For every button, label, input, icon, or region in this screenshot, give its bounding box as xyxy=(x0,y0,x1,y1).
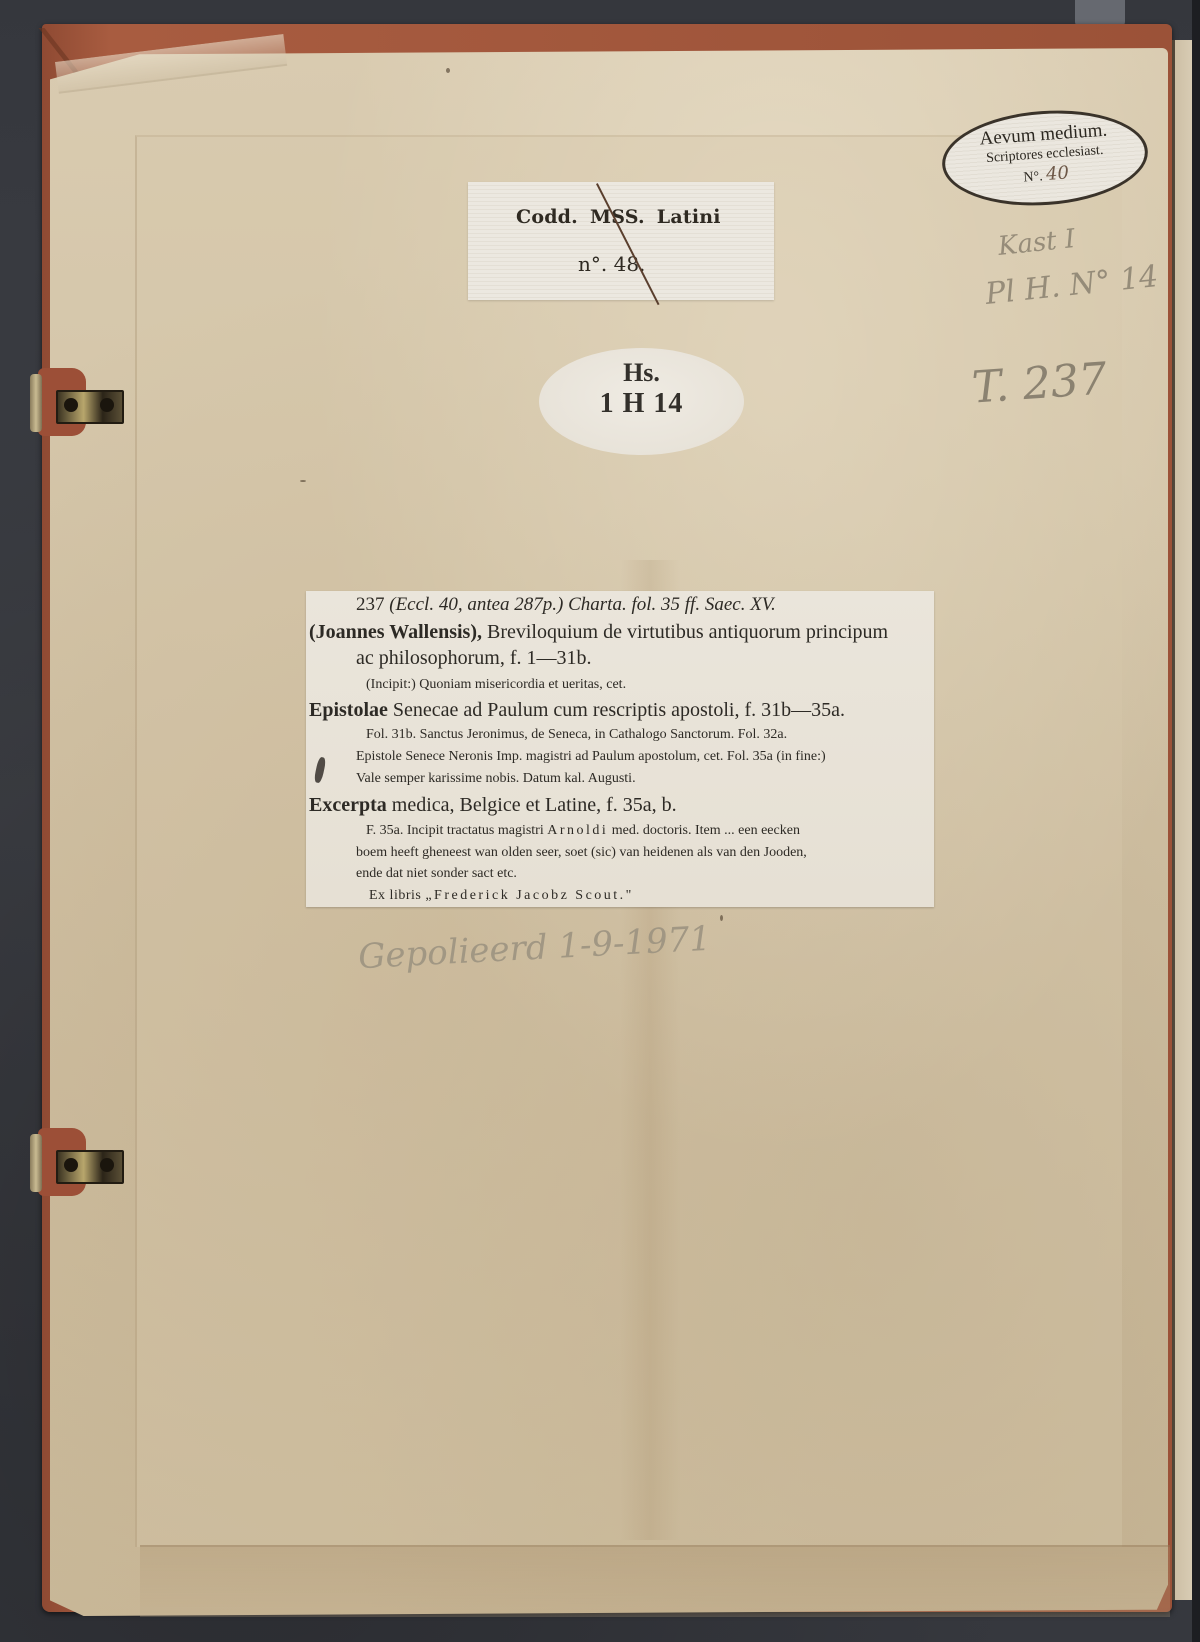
shelf-line: 237 (Eccl. 40, antea 287p.) Charta. fol.… xyxy=(356,594,776,616)
entry2-note3: Vale semper karissime nobis. Datum kal. … xyxy=(356,771,636,787)
lower-clasp xyxy=(30,1140,122,1184)
entry2-note1: Fol. 31b. Sanctus Jeronimus, de Seneca, … xyxy=(366,727,787,743)
entry3-note1-name: Arnoldi xyxy=(547,823,608,838)
clasp-plate-icon xyxy=(56,390,124,424)
clasp-plate-icon xyxy=(56,1150,124,1184)
ink-spot xyxy=(720,915,723,921)
codd-word: Codd. xyxy=(516,206,578,228)
hs-label-line1: Hs. xyxy=(539,358,744,388)
pencil-shelfmark: T. 237 xyxy=(970,353,1108,413)
ex-libris-prefix: Ex libris xyxy=(369,888,425,903)
hs-shelfmark-label: Hs. 1 H 14 xyxy=(539,348,744,455)
handwritten-number: 40 xyxy=(1045,162,1069,185)
mat-corner-clip xyxy=(1075,0,1125,26)
ink-spot xyxy=(300,480,306,482)
entry3-heading-word: Excerpta xyxy=(309,794,387,816)
entry3-note1-pre: F. 35a. Incipit tractatus magistri xyxy=(366,823,547,838)
entry1-title-cont: ac philosophorum, f. 1—31b. xyxy=(356,647,592,670)
shelf-details: (Eccl. 40, antea 287p.) Charta. fol. 35 … xyxy=(389,594,775,615)
strike-through-line xyxy=(596,183,660,305)
catalogue-description-slip: 237 (Eccl. 40, antea 287p.) Charta. fol.… xyxy=(306,591,934,907)
entry1-heading: (Joannes Wallensis), Breviloquium de vir… xyxy=(309,621,888,644)
catalogue-number: 237 xyxy=(356,594,385,615)
entry1-author: (Joannes Wallensis), xyxy=(309,621,482,643)
latini-word: Latini xyxy=(657,206,721,228)
entry3-note1: F. 35a. Incipit tractatus magistri Arnol… xyxy=(366,823,800,839)
entry2-heading: Epistolae Senecae ad Paulum cum rescript… xyxy=(309,699,845,722)
entry3-note2: boem heeft gheneest wan olden seer, soet… xyxy=(356,845,807,861)
ink-spot xyxy=(446,68,450,73)
clasp-pin xyxy=(30,1134,42,1192)
right-edge-shadow xyxy=(1192,0,1200,1642)
entry2-note2: Epistole Senece Neronis Imp. magistri ad… xyxy=(356,749,826,765)
upper-clasp xyxy=(30,380,122,424)
number-prefix: N°. xyxy=(1023,169,1043,185)
entry2-title: Senecae ad Paulum cum rescriptis apostol… xyxy=(393,699,845,721)
parchment-turn-in-bottom xyxy=(140,1545,1170,1617)
fore-edge-flap xyxy=(1175,40,1192,1600)
codd-mss-latini-label: Codd.MSS.Latini n°. 48. xyxy=(468,182,774,300)
entry3-title: medica, Belgice et Latine, f. 35a, b. xyxy=(392,794,677,816)
entry2-heading-word: Epistolae xyxy=(309,699,388,721)
ex-libris: Ex libris „Frederick Jacobz Scout." xyxy=(369,888,634,904)
entry3-note1-post: med. doctoris. Item ... een eecken xyxy=(608,823,800,838)
codd-label-number: n°. 48. xyxy=(578,252,645,276)
entry1-incipit: (Incipit:) Quoniam misericordia et uerit… xyxy=(366,677,626,693)
entry3-note3: ende dat niet sonder sact etc. xyxy=(356,866,517,882)
hs-label-line2: 1 H 14 xyxy=(539,388,744,420)
entry1-title: Breviloquium de virtutibus antiquorum pr… xyxy=(487,621,888,643)
entry3-heading: Excerpta medica, Belgice et Latine, f. 3… xyxy=(309,794,677,817)
clasp-pin xyxy=(30,374,42,432)
ex-libris-name: „Frederick Jacobz Scout." xyxy=(425,888,634,903)
